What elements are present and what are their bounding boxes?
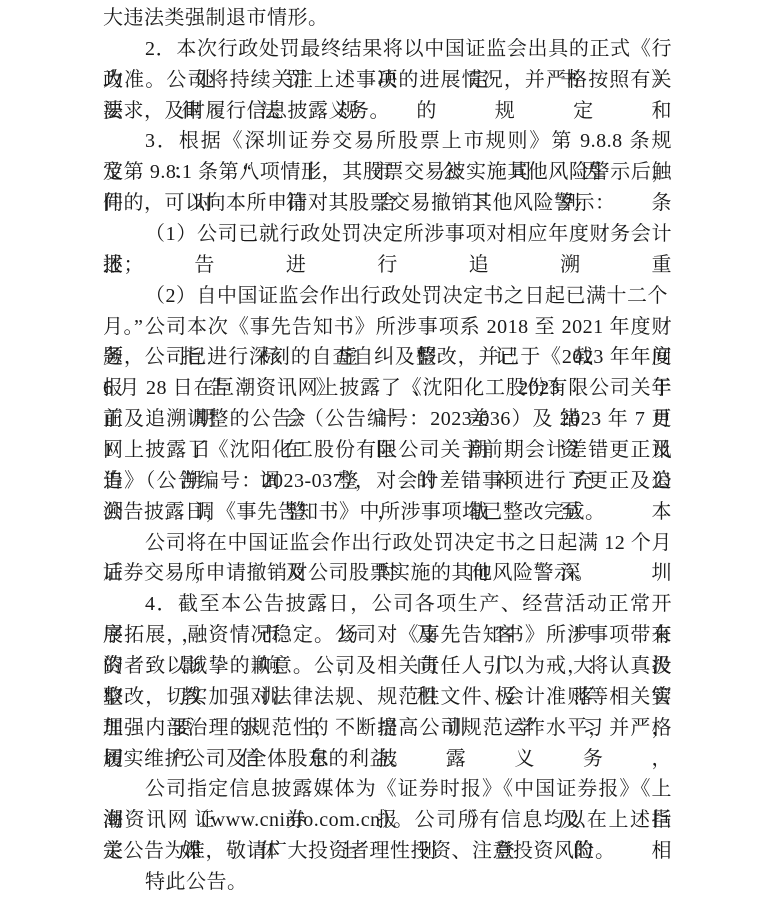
document-line: 关公告为准，敬请广大投资者理性投资、注意投资风险。 — [103, 836, 672, 867]
document-line: 序拓展，融资情况稳定。公司对《事先告知书》所涉事项带来的影响，向广大投 — [103, 620, 672, 651]
document-line: 件的，可以向本所申请对其股票交易撤销其他风险警示： — [103, 188, 672, 219]
document-line: 公告披露日，《事先告知书》中所涉事项均已整改完成。 — [103, 497, 672, 528]
document-line: 2．本次行政处罚最终结果将以中国证监会出具的正式《行政处罚决定书》 — [103, 34, 672, 65]
document-page: 大违法类强制退市情形。 2．本次行政处罚最终结果将以中国证监会出具的正式《行政处… — [0, 0, 779, 900]
document-line: 资者致以诚挚的歉意。公司及相关责任人引以为戒，将认真汲取教训，积极落实 — [103, 651, 672, 682]
document-text-column: 大违法类强制退市情形。 2．本次行政处罚最终结果将以中国证监会出具的正式《行政处… — [103, 3, 672, 898]
document-line: 正及追溯调整的公告》（公告编号：2023-036）及 2023 年 7 月 1 … — [103, 404, 672, 435]
document-line: 为准。公司将持续关注上述事项的进展情况，并严格按照有关法律法规的规定和 — [103, 65, 672, 96]
document-line: 及第 9.8.1 条第八项情形，其股票交易被实施其他风险警示后，同时符合下列条 — [103, 157, 672, 188]
document-line: 题，公司已进行深刻的自查自纠及整改，并已于《2023 年年度报告》、2023 年 — [103, 342, 672, 373]
document-line: 公司指定信息披露媒体为《证券时报》《中国证券报》《上海证券报》及巨 — [103, 774, 672, 805]
document-line: 整改，切实加强对法律法规、规范性文件、会计准则等相关管理要求的培训学习， — [103, 682, 672, 713]
document-line: 6 月 28 日在巨潮资讯网上披露了《沈阳化工股份有限公司关于前期会计差错更 — [103, 373, 672, 404]
document-line: 4．截至本公告披露日，公司各项生产、经营活动正常开展，市场及客户有 — [103, 589, 672, 620]
document-line: 潮资讯网（www.cninfo.com.cn）。公司所有信息均以在上述指定媒体上… — [103, 805, 672, 836]
document-line: （1）公司已就行政处罚决定所涉事项对相应年度财务会计报告进行追溯重 — [103, 219, 672, 250]
document-line: 告》（公告编号：2023-037），对会计差错事项进行了更正及追溯调整，截至本 — [103, 466, 672, 497]
document-line: 3．根据《深圳证券交易所股票上市规则》第 9.8.8 条规定：“上市公司因触 — [103, 126, 672, 157]
document-line: 网上披露了《沈阳化工股份有限公司关于前期会计差错更正及追溯调整的补充公 — [103, 435, 672, 466]
document-line: 加强内部治理的规范性，不断提高公司规范运作水平，并严格履行信息披露义务， — [103, 713, 672, 744]
document-line: 公司将在中国证监会作出行政处罚决定书之日起满 12 个月后，及时向深圳 — [103, 528, 672, 559]
document-line: 公司本次《事先告知书》所涉事项系 2018 至 2021 年度财务指标虚假记载问 — [103, 312, 672, 343]
document-line: 大违法类强制退市情形。 — [103, 3, 672, 34]
document-line: （2）自中国证监会作出行政处罚决定书之日起已满十二个月。” — [103, 281, 672, 312]
document-line: 特此公告。 — [103, 867, 672, 898]
document-line: 证券交易所申请撤销对公司股票实施的其他风险警示。 — [103, 558, 672, 589]
